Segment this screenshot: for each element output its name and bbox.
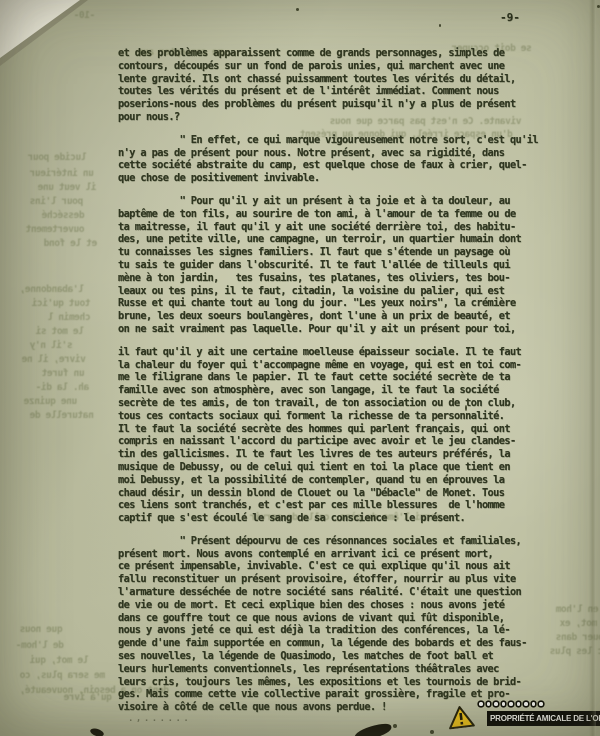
ink-speck [296, 8, 299, 11]
typed-line: dans ce gouffre tout ce que nous avions … [118, 612, 538, 625]
typed-line: captif que s'est écoulé le sang de sa co… [118, 512, 538, 525]
typed-line: gende d'une faim supportée en commun, la… [118, 637, 538, 650]
ink-speck [393, 724, 397, 728]
typed-line: fallu reconstituer un présent provisoire… [118, 573, 538, 586]
watermark-dot [487, 702, 491, 706]
typed-line: leaux ou tes pins, il te faut, citadin, … [118, 285, 538, 298]
bleedthrough-fragment: une quinze [24, 396, 77, 407]
bleedthrough-fragment: l'abandonne, [20, 284, 84, 295]
watermark-band: PROPRIÉTÉ AMICALE DE L'OFLAG [487, 711, 600, 726]
typed-line: tin des gallicismes. Il te faut les livr… [118, 448, 538, 461]
paragraph: " Pour qu'il y ait un présent à ta joie … [118, 195, 538, 336]
bleedthrough-fragment: naturelle de [30, 410, 94, 421]
bleedthrough-fragment: qu'à ivre [64, 692, 112, 703]
typed-line: " Pour qu'il y ait un présent à ta joie … [118, 195, 538, 208]
ink-speck [430, 730, 434, 734]
typed-line: tu connaisses les signes familiers. Il f… [118, 246, 538, 259]
bleedthrough-fragment: il veut une [38, 182, 97, 193]
paragraph: " Présent dépourvu de ces résonnances so… [118, 535, 538, 714]
typed-line: musique de Debussy, ou de celui qui tien… [118, 461, 538, 474]
bleedthrough-fragment: ah. la di- [36, 382, 89, 393]
typed-line: que chose de positivement invivable. [118, 172, 538, 185]
paragraph: il faut qu'il y ait une certaine moelleu… [118, 346, 538, 525]
typed-line: pour nous.? [118, 111, 538, 124]
typed-line: chaud désir, un dessin blond de Clouet o… [118, 487, 538, 500]
typed-line: mène à ton jardin, tes fusains, tes plat… [118, 272, 538, 285]
typed-line: compris en naissant l'accord du particip… [118, 435, 538, 448]
typed-dots-row: .,...... [128, 714, 191, 724]
typed-line: ta maitresse, il faut qu'il y ait une so… [118, 221, 538, 234]
watermark-dot [509, 702, 513, 706]
bleedthrough-fragment: un intérieur [30, 168, 94, 179]
watermark-dot [479, 702, 483, 706]
typed-line: on ne sait vraiment pas laquelle. Pour q… [118, 323, 538, 336]
typed-line: cette société abstraite du camp, est que… [118, 159, 538, 172]
bleedthrough-fragment: me sera plus, co [20, 670, 105, 681]
typed-line: Il te faut la société secrète des hommes… [118, 423, 538, 436]
bleedthrough-fragment: -10- [74, 10, 95, 21]
scanned-document-photo: -10-me concepter auxse doit occupervivan… [0, 0, 600, 736]
typed-line: leurs cris, toujours les mêmes, les expo… [118, 676, 538, 689]
bleedthrough-fragment: pour l'ins [30, 196, 83, 207]
watermark-dot [532, 702, 536, 706]
watermark-label: PROPRIÉTÉ AMICALE DE L'OFLAG [490, 714, 600, 723]
watermark-dots [479, 702, 543, 706]
ink-speck [465, 405, 467, 411]
paragraph: " En effet, ce qui marque vigoureusement… [118, 134, 538, 185]
typed-line: brune, les deux soeurs boulangères, dont… [118, 310, 538, 323]
ink-speck [439, 24, 441, 27]
typed-line: l'armature desséchée de notre société sa… [118, 586, 538, 599]
bleedthrough-fragment: de l'hom- [16, 640, 64, 651]
typed-line: ce présent impensable, invivable. C'est … [118, 560, 538, 573]
bleedthrough-fragment: chemin l [48, 312, 91, 323]
watermark-dot [502, 702, 506, 706]
bleedthrough-fragment: que nous [20, 624, 63, 635]
bleedthrough-fragment: ouvertement [26, 224, 85, 235]
typed-line: présent mort. Nous avons contemplé en ar… [118, 548, 538, 561]
bleedthrough-fragment: s'il n'y [30, 340, 73, 351]
typed-line: baptême de ton fils, au sourire de ton a… [118, 208, 538, 221]
paragraph: et des problèmes apparaissent comme de g… [118, 47, 538, 124]
typed-line: ses nouvelles, la légende de Quasimodo, … [118, 650, 538, 663]
typed-line: ces liens sont tranchés, et c'est par ce… [118, 499, 538, 512]
typed-line: moi Debussy, et la possibilité de contem… [118, 474, 538, 487]
ink-blob [89, 727, 104, 736]
bleedthrough-fragment: et le fond [44, 238, 97, 249]
typed-line: la chaleur du foyer qui t'accompagne mêm… [118, 359, 538, 372]
bleedthrough-fragment: desséché [42, 210, 85, 221]
typed-line: secrète de tes amis, de ton travail, de … [118, 397, 538, 410]
watermark-stamp: PROPRIÉTÉ AMICALE DE L'OFLAG [446, 700, 600, 734]
bleedthrough-fragment: tout qu'ici [32, 298, 91, 309]
page-number: -9- [500, 11, 520, 24]
typed-line: des, une petite ville, une campagne, un … [118, 233, 538, 246]
typed-line: Russe et qui chante tout au long du jour… [118, 297, 538, 310]
typed-line: n'y a pas de présent pour nous. Notre pr… [118, 147, 538, 160]
typed-line: nous y avons jeté ce qui est déjà la tra… [118, 624, 538, 637]
watermark-dot [517, 702, 521, 706]
typed-line: il faut qu'il y ait une certaine moelleu… [118, 346, 538, 359]
bleedthrough-fragment: lucide pour [28, 152, 87, 163]
typed-text: et des problèmes apparaissent comme de g… [118, 47, 538, 724]
watermark-dot [539, 702, 543, 706]
bleedthrough-fragment: le mot, qui [30, 655, 89, 666]
typed-line: " Présent dépourvu de ces résonnances so… [118, 535, 538, 548]
typed-line: lente gravité. Ils ont chassé puissammen… [118, 73, 538, 86]
typed-line: me le filigrane dans le papier. Il te fa… [118, 371, 538, 384]
watermark-dot [524, 702, 528, 706]
typed-line: tous ces contacts sociaux qui forment la… [118, 410, 538, 423]
bleedthrough-fragment: vivre, il ne [22, 354, 86, 365]
bleedthrough-fragment: le mot si [36, 326, 84, 337]
typed-line: contours, découpés sur un fond de parois… [118, 60, 538, 73]
right-fold-line [589, 0, 596, 736]
turned-corner [0, 0, 80, 58]
typed-line: tu sais te guider dans l'obscurité. Il t… [118, 259, 538, 272]
typed-line: leurs hurlements conventionnels, les rep… [118, 663, 538, 676]
typed-line: famille avec son atmosphère, avec son la… [118, 384, 538, 397]
typed-line: et des problèmes apparaissent comme de g… [118, 47, 538, 60]
typed-line: de vie ou de mort. Et ceci explique bien… [118, 599, 538, 612]
typed-line: " En effet, ce qui marque vigoureusement… [118, 134, 538, 147]
bleedthrough-fragment: un furet [42, 368, 85, 379]
typed-line: toutes les vérités du présent et de l'in… [118, 85, 538, 98]
typed-line: poserions-nous des problèmes du présent … [118, 98, 538, 111]
warning-triangle-icon [447, 705, 476, 734]
watermark-dot [494, 702, 498, 706]
